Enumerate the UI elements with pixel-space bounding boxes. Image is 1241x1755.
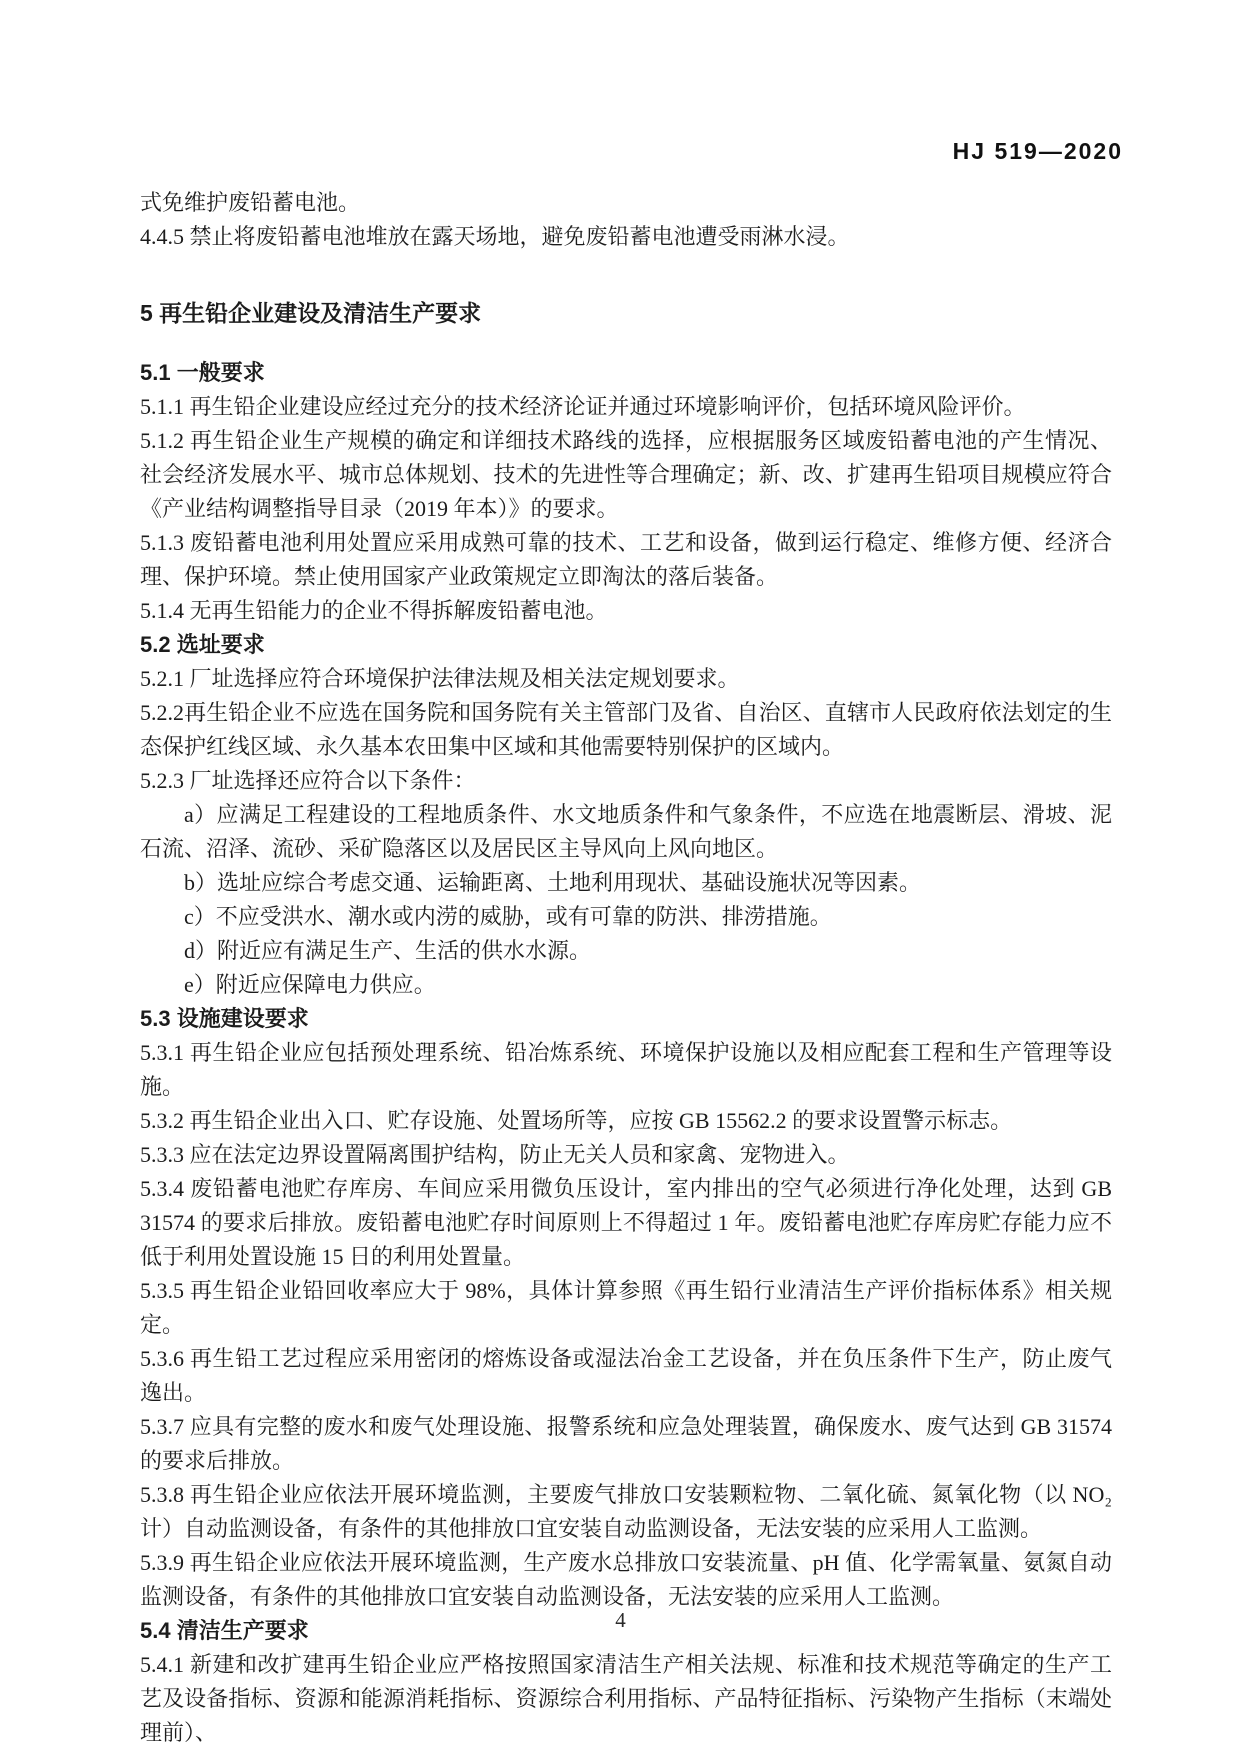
page-number: 4 <box>0 1608 1241 1633</box>
paragraph: 5.3.6 再生铅工艺过程应采用密闭的熔炼设备或湿法冶金工艺设备，并在负压条件下… <box>140 1342 1112 1410</box>
paragraph: 5.1.1 再生铅企业建设应经过充分的技术经济论证并通过环境影响评价，包括环境风… <box>140 390 1112 424</box>
paragraph: 5.3.8 再生铅企业应依法开展环境监测，主要废气排放口安装颗粒物、二氧化硫、氮… <box>140 1478 1112 1546</box>
list-item: a）应满足工程建设的工程地质条件、水文地质条件和气象条件，不应选在地震断层、滑坡… <box>140 798 1112 866</box>
standard-number-header: HJ 519—2020 <box>953 138 1123 165</box>
paragraph: 5.3.5 再生铅企业铅回收率应大于 98%，具体计算参照《再生铅行业清洁生产评… <box>140 1274 1112 1342</box>
list-item: c）不应受洪水、潮水或内涝的威胁，或有可靠的防洪、排涝措施。 <box>140 900 1112 934</box>
list-item: d）附近应有满足生产、生活的供水水源。 <box>140 934 1112 968</box>
paragraph: 5.2.3 厂址选择还应符合以下条件： <box>140 764 1112 798</box>
paragraph: 5.3.1 再生铅企业应包括预处理系统、铅冶炼系统、环境保护设施以及相应配套工程… <box>140 1036 1112 1104</box>
document-page: HJ 519—2020 式免维护废铅蓄电池。4.4.5 禁止将废铅蓄电池堆放在露… <box>0 0 1241 1755</box>
paragraph: 5.3.4 废铅蓄电池贮存库房、车间应采用微负压设计，室内排出的空气必须进行净化… <box>140 1172 1112 1274</box>
document-body: 式免维护废铅蓄电池。4.4.5 禁止将废铅蓄电池堆放在露天场地，避免废铅蓄电池遭… <box>140 186 1112 1750</box>
section-heading: 5.1 一般要求 <box>140 356 1112 390</box>
section-heading: 5.2 选址要求 <box>140 628 1112 662</box>
paragraph: 5.3.7 应具有完整的废水和废气处理设施、报警系统和应急处理装置，确保废水、废… <box>140 1410 1112 1478</box>
paragraph: 5.1.3 废铅蓄电池利用处置应采用成熟可靠的技术、工艺和设备，做到运行稳定、维… <box>140 526 1112 594</box>
paragraph: 5.1.4 无再生铅能力的企业不得拆解废铅蓄电池。 <box>140 594 1112 628</box>
section-heading: 5.3 设施建设要求 <box>140 1002 1112 1036</box>
paragraph: 5.3.9 再生铅企业应依法开展环境监测，生产废水总排放口安装流量、pH 值、化… <box>140 1546 1112 1614</box>
paragraph: 5.3.3 应在法定边界设置隔离围护结构，防止无关人员和家禽、宠物进入。 <box>140 1138 1112 1172</box>
list-item: b）选址应综合考虑交通、运输距离、土地利用现状、基础设施状况等因素。 <box>140 866 1112 900</box>
paragraph: 4.4.5 禁止将废铅蓄电池堆放在露天场地，避免废铅蓄电池遭受雨淋水浸。 <box>140 220 1112 254</box>
list-item: e）附近应保障电力供应。 <box>140 968 1112 1002</box>
paragraph: 式免维护废铅蓄电池。 <box>140 186 1112 220</box>
chapter-heading: 5 再生铅企业建设及清洁生产要求 <box>140 296 1112 330</box>
paragraph: 5.2.2再生铅企业不应选在国务院和国务院有关主管部门及省、自治区、直辖市人民政… <box>140 696 1112 764</box>
paragraph: 5.3.2 再生铅企业出入口、贮存设施、处置场所等，应按 GB 15562.2 … <box>140 1104 1112 1138</box>
paragraph: 5.2.1 厂址选择应符合环境保护法律法规及相关法定规划要求。 <box>140 662 1112 696</box>
paragraph: 5.1.2 再生铅企业生产规模的确定和详细技术路线的选择，应根据服务区域废铅蓄电… <box>140 424 1112 526</box>
paragraph: 5.4.1 新建和改扩建再生铅企业应严格按照国家清洁生产相关法规、标准和技术规范… <box>140 1648 1112 1750</box>
